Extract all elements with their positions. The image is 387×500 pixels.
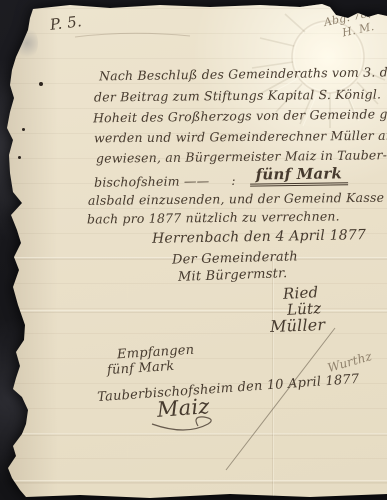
closing-office: Mit Bürgermstr. [178,267,288,284]
ink-speck [39,82,43,86]
fold-crease [0,480,387,483]
letter-paper: P. 5. Abg. 78, H. M. Nach Beschluß des G… [0,0,387,500]
ink-speck [22,128,25,131]
photograph-of-letter: P. 5. Abg. 78, H. M. Nach Beschluß des G… [0,0,387,500]
closing-authority: Der Gemeinderath [172,250,298,266]
paper-shadow: P. 5. Abg. 78, H. M. Nach Beschluß des G… [0,0,387,500]
body-line: bach pro 1877 nützlich zu verrechnen. [87,210,340,226]
torn-edge-fiber [16,26,38,60]
body-line: der Beitrag zum Stiftungs Kapital S. Kön… [94,88,381,104]
amount-separator: : [231,174,236,187]
body-line: werden und wird Gemeinderechner Müller a… [94,130,387,145]
amount-prefix: bischofsheim —— [94,175,209,189]
page-number-note: P. 5. [49,14,82,33]
amount-underlined: fünf Mark [250,166,349,186]
fold-crease [0,433,387,436]
ink-speck [18,156,21,159]
dateline: Herrenbach den 4 April 1877 [152,228,366,246]
body-line-amount: bischofsheim —— : fünf Mark [94,166,348,189]
signature: Müller [270,317,326,335]
receipt-line: fünf Mark [107,360,175,377]
body-line: alsbald einzusenden, und der Gemeind Kas… [88,191,387,207]
receipt-signature: Maiz [156,396,210,421]
fold-crease [0,310,387,313]
